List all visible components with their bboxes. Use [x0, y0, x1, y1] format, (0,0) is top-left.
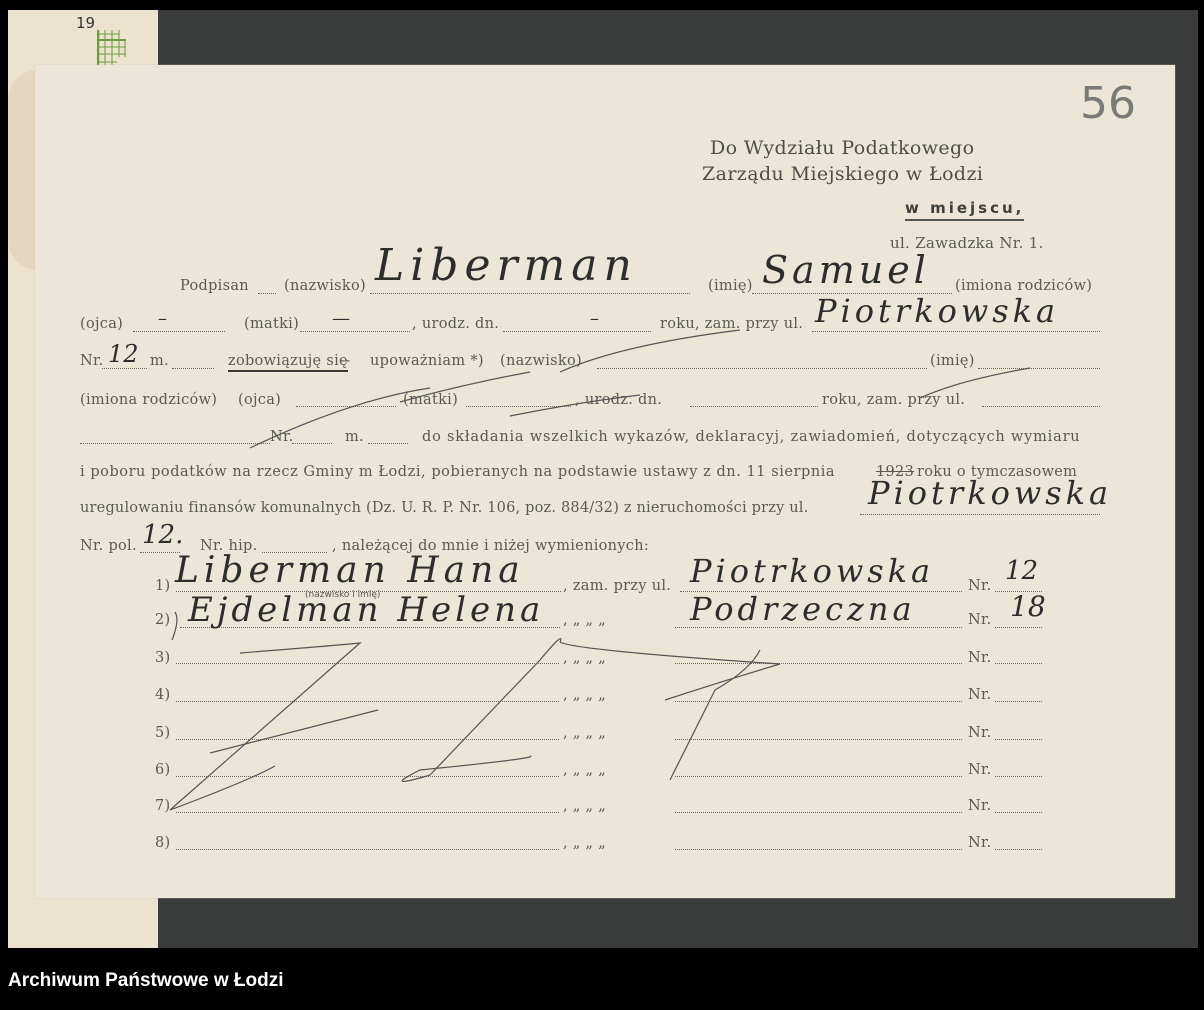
option-separator: --: [340, 353, 350, 369]
zam-label: , zam. przy ul.: [563, 578, 671, 594]
owner-name-field[interactable]: [176, 776, 559, 777]
ditto-marks: , „ „ „: [563, 650, 606, 666]
authorization-text-1: do składania wszelkich wykazów, deklarac…: [422, 429, 1080, 445]
owner-name-value: Liberman Hana: [175, 550, 525, 591]
m-field[interactable]: [172, 368, 214, 369]
owner-name-field[interactable]: [176, 739, 559, 740]
m-2-label: m.: [345, 429, 364, 445]
ojca-value: –: [158, 308, 167, 329]
owner-index: 3): [155, 650, 170, 666]
owner-name-field[interactable]: [176, 701, 559, 702]
ojca-2-label: (ojca): [238, 392, 281, 408]
ditto-marks: , „ „ „: [563, 798, 606, 814]
authorization-text-3: uregulowaniu finansów komunalnych (Dz. U…: [80, 500, 808, 516]
owner-index: 7): [155, 798, 170, 814]
ojca-2-field[interactable]: [296, 406, 396, 407]
nr-pol-value: 12.: [142, 520, 183, 550]
ditto-marks: , „ „ „: [563, 725, 606, 741]
owner-street-field[interactable]: [675, 776, 962, 777]
imie-label: (imię): [708, 278, 753, 294]
underlying-page-number: 19: [76, 14, 95, 32]
ulica-field[interactable]: [812, 331, 1100, 332]
nazwisko-2-field[interactable]: [597, 368, 927, 369]
owner-nr-field[interactable]: [995, 812, 1042, 813]
ulica-2-field[interactable]: [982, 406, 1100, 407]
ditto-marks: , „ „ „: [563, 762, 606, 778]
imie-2-label: (imię): [930, 353, 975, 369]
urodz-2-label: , urodz. dn.: [575, 392, 662, 408]
podpisan-label: Podpisan: [180, 278, 249, 294]
roku-zam-2-label: roku, zam. przy ul.: [822, 392, 965, 408]
addressee-line-1: Do Wydziału Podatkowego: [710, 137, 974, 159]
nazwisko-label: (nazwisko): [284, 278, 366, 294]
owner-nr-label: Nr.: [968, 612, 992, 628]
ulica-value: Piotrkowska: [815, 292, 1059, 330]
ditto-marks: , „ „ „: [563, 835, 606, 851]
matki-value: —: [332, 308, 350, 329]
ojca-label: (ojca): [80, 316, 123, 332]
owner-name-field[interactable]: [176, 812, 559, 813]
urodz-field[interactable]: [503, 331, 651, 332]
owner-index: 4): [155, 687, 170, 703]
nazwisko-field[interactable]: [370, 293, 690, 294]
owner-index: 2): [155, 612, 170, 628]
owner-street-value: Piotrkowska: [690, 552, 934, 590]
owner-nr-value: 12: [1005, 556, 1038, 586]
nr-pol-field[interactable]: [140, 552, 180, 553]
owner-index: 6): [155, 762, 170, 778]
ulica-2-continued-field[interactable]: [80, 443, 270, 444]
ditto-marks: , „ „ „: [563, 687, 606, 703]
nr-value: 12: [108, 340, 139, 368]
owner-name-field[interactable]: [176, 663, 559, 664]
matki-2-field[interactable]: [466, 406, 571, 407]
owner-nr-field[interactable]: [995, 627, 1042, 628]
m-2-field[interactable]: [368, 443, 408, 444]
matki-label: (matki): [244, 316, 299, 332]
archive-caption: Archiwum Państwowe w Łodzi: [8, 970, 284, 992]
ditto-marks: , „ „ „: [563, 612, 606, 628]
owner-nr-label: Nr.: [968, 578, 992, 594]
addressee-line-3: w miejscu,: [905, 199, 1024, 221]
owner-name-value: Ejdelman Helena: [188, 590, 544, 630]
owner-street-field[interactable]: [675, 849, 962, 850]
owner-street-field[interactable]: [675, 812, 962, 813]
owner-index: 1): [155, 578, 170, 594]
nr-2-label: Nr.: [270, 429, 294, 445]
nazwisko-2-label: (nazwisko): [500, 353, 582, 369]
matki-field[interactable]: [300, 331, 410, 332]
owner-nr-field[interactable]: [995, 849, 1042, 850]
owner-name-field[interactable]: [176, 849, 559, 850]
owner-street-field[interactable]: [675, 663, 962, 664]
matki-2-label: (matki): [403, 392, 458, 408]
owner-nr-label: Nr.: [968, 835, 992, 851]
urodz-value: –: [590, 308, 599, 329]
authorization-text-2: i poboru podatków na rzecz Gminy m Łodzi…: [80, 464, 835, 480]
roku-zam-label: roku, zam. przy ul.: [660, 316, 803, 332]
imie-2-field[interactable]: [978, 368, 1100, 369]
owner-street-field[interactable]: [675, 701, 962, 702]
owner-nr-value: 18: [1010, 590, 1046, 623]
owner-street-field[interactable]: [675, 739, 962, 740]
imie-value: Samuel: [762, 248, 930, 292]
property-street-field[interactable]: [860, 514, 1100, 515]
property-street-value: Piotrkowska: [868, 474, 1112, 512]
nr-2-field[interactable]: [292, 443, 332, 444]
addressee-line-2: Zarządu Miejskiego w Łodzi: [702, 163, 983, 185]
owner-nr-label: Nr.: [968, 798, 992, 814]
m-label: m.: [150, 353, 169, 369]
nr-label: Nr.: [80, 353, 104, 369]
owner-nr-field[interactable]: [995, 776, 1042, 777]
owner-nr-field[interactable]: [995, 663, 1042, 664]
owner-nr-label: Nr.: [968, 650, 992, 666]
ojca-field[interactable]: [133, 331, 225, 332]
owner-street-value: Podrzeczna: [690, 590, 916, 628]
zobowiazuje-option[interactable]: zobowiązuję się: [228, 353, 348, 372]
owner-nr-field[interactable]: [995, 739, 1042, 740]
upowazniam-option[interactable]: upoważniam *): [370, 353, 484, 369]
nr-pol-label: Nr. pol.: [80, 538, 137, 554]
imiona-rodzicow-2-label: (imiona rodziców): [80, 392, 217, 408]
owner-index: 5): [155, 725, 170, 741]
owner-nr-label: Nr.: [968, 725, 992, 741]
urodz-label: , urodz. dn.: [412, 316, 499, 332]
nazwisko-value: Liberman: [375, 240, 638, 291]
owner-nr-label: Nr.: [968, 762, 992, 778]
folio-number: 56: [1080, 78, 1136, 129]
owner-index: 8): [155, 835, 170, 851]
nr-field[interactable]: [102, 368, 147, 369]
owner-nr-field[interactable]: [995, 701, 1042, 702]
podpisan-suffix-field[interactable]: [258, 293, 276, 294]
urodz-2-field[interactable]: [690, 406, 818, 407]
owner-nr-label: Nr.: [968, 687, 992, 703]
